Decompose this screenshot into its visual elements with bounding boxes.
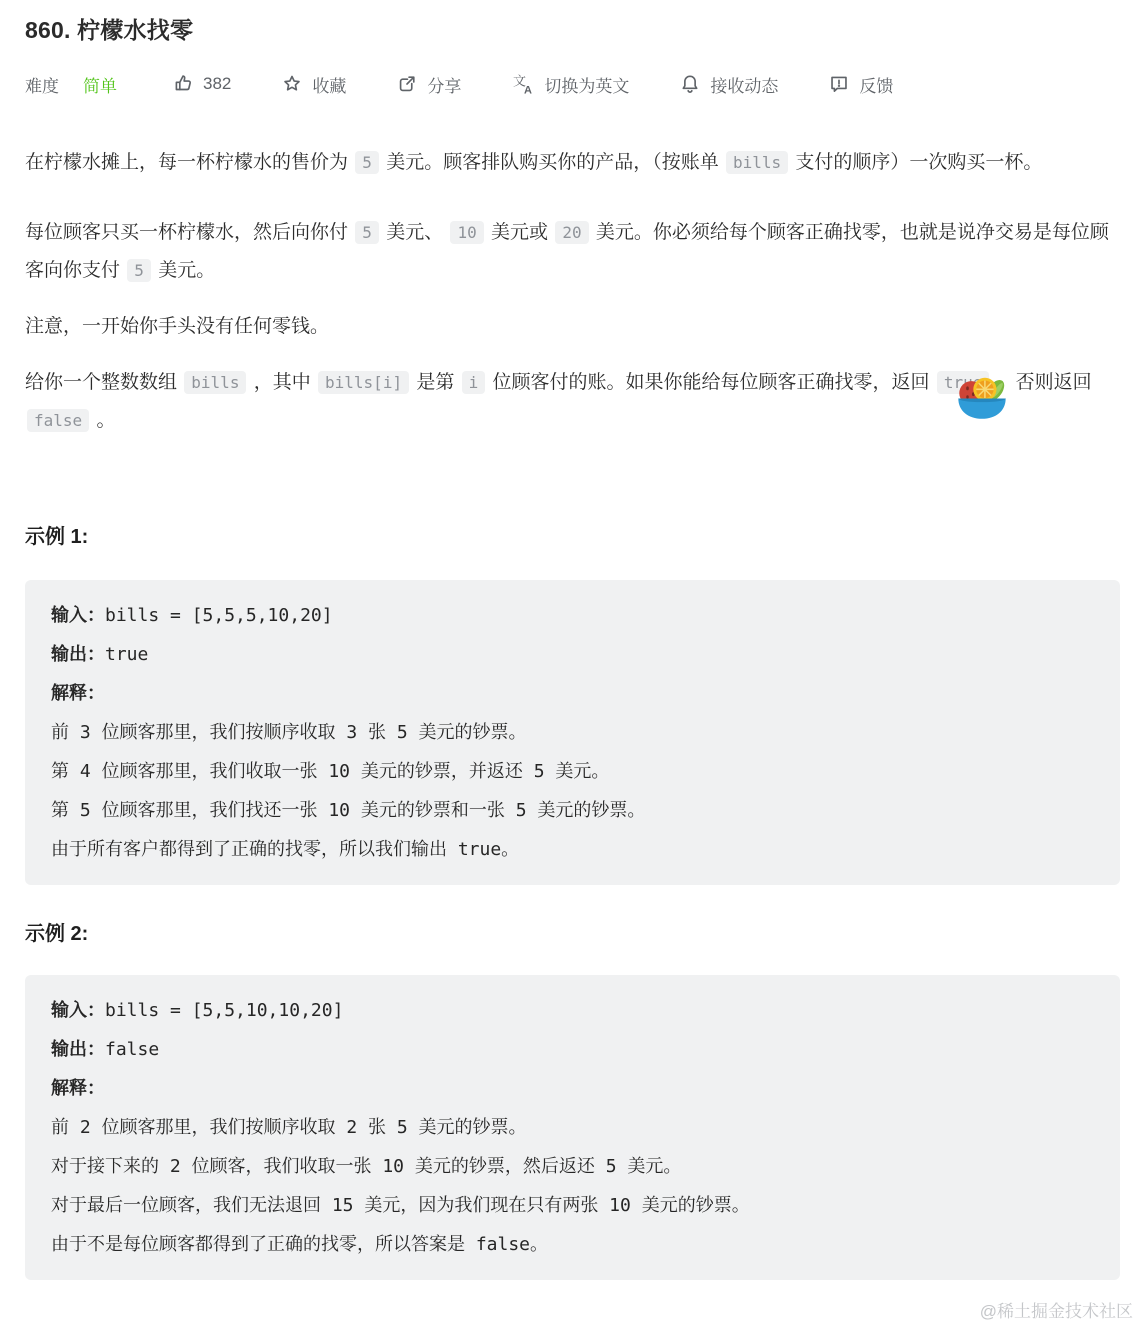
like-button[interactable]: 382	[172, 73, 231, 95]
description-paragraph: 每位顾客只买一杯柠檬水，然后向你付 5 美元、 10 美元或 20 美元。你必须…	[25, 214, 1120, 290]
inline-code: 20	[555, 221, 588, 244]
inline-code: 5	[355, 151, 379, 174]
difficulty-label: 难度	[25, 72, 59, 97]
example-line: 输出：true	[51, 635, 1094, 674]
inline-code: 5	[127, 259, 151, 282]
thumbs-up-icon	[172, 73, 194, 95]
inline-code: bills	[726, 151, 788, 174]
share-icon	[396, 73, 418, 95]
difficulty-badge: 简单	[83, 72, 117, 97]
subscribe-button[interactable]: 接收动态	[679, 72, 778, 97]
share-button[interactable]: 分享	[396, 72, 461, 97]
like-count: 382	[203, 74, 231, 94]
description-paragraph: 给你一个整数数组 bills ，其中 bills[i] 是第 i 位顾客付的账。…	[25, 364, 1120, 440]
example-line: 前 3 位顾客那里，我们按顺序收取 3 张 5 美元的钞票。	[51, 713, 1094, 752]
example-line: 解释：	[51, 674, 1094, 713]
example-line: 输出：false	[51, 1030, 1094, 1069]
site-watermark: @稀土掘金技术社区	[980, 1297, 1133, 1322]
example-line: 由于不是每位顾客都得到了正确的找零，所以答案是 false。	[51, 1225, 1094, 1264]
bell-icon	[679, 73, 701, 95]
problem-description: 在柠檬水摊上，每一杯柠檬水的售价为 5 美元。顾客排队购买你的产品，（按账单 b…	[25, 144, 1120, 440]
description-note-paragraph: 注意，一开始你手头没有任何零钱。	[25, 308, 1120, 346]
example-2-code-block: 输入：bills = [5,5,10,10,20]输出：false解释：前 2 …	[25, 975, 1120, 1280]
star-icon	[281, 73, 303, 95]
example-2-heading: 示例 2:	[25, 919, 1120, 949]
example-1-heading: 示例 1:	[25, 522, 1120, 552]
feedback-bubble-icon	[828, 73, 850, 95]
description-paragraph: 在柠檬水摊上，每一杯柠檬水的售价为 5 美元。顾客排队购买你的产品，（按账单 b…	[25, 144, 1120, 182]
svg-text:A: A	[524, 85, 532, 97]
example-line: 对于最后一位顾客，我们无法退回 15 美元，因为我们现在只有两张 10 美元的钞…	[51, 1186, 1094, 1225]
translate-label: 切换为英文	[544, 72, 629, 97]
example-1-code-block: 输入：bills = [5,5,5,10,20]输出：true解释：前 3 位顾…	[25, 580, 1120, 885]
inline-code: 5	[355, 221, 379, 244]
problem-page: 860. 柠檬水找零 难度 简单 382 收藏	[0, 0, 1145, 1280]
toolbar: 难度 简单 382 收藏	[25, 68, 1120, 100]
translate-button[interactable]: 文 A 切换为英文	[511, 72, 629, 97]
favorite-label: 收藏	[312, 72, 346, 97]
inline-code: false	[27, 409, 89, 432]
example-line: 由于所有客户都得到了正确的找零，所以我们输出 true。	[51, 830, 1094, 869]
share-label: 分享	[427, 72, 461, 97]
subscribe-label: 接收动态	[710, 72, 778, 97]
translate-icon: 文 A	[511, 72, 535, 96]
example-line: 前 2 位顾客那里，我们按顺序收取 2 张 5 美元的钞票。	[51, 1108, 1094, 1147]
favorite-button[interactable]: 收藏	[281, 72, 346, 97]
feedback-label: 反馈	[859, 72, 893, 97]
page-title: 860. 柠檬水找零	[25, 14, 1120, 46]
feedback-button[interactable]: 反馈	[828, 72, 893, 97]
example-line: 第 4 位顾客那里，我们收取一张 10 美元的钞票，并返还 5 美元。	[51, 752, 1094, 791]
inline-code: 10	[450, 221, 483, 244]
example-line: 解释：	[51, 1069, 1094, 1108]
inline-code: true	[937, 371, 990, 394]
inline-code: bills	[184, 371, 246, 394]
example-line: 对于接下来的 2 位顾客，我们收取一张 10 美元的钞票，然后返还 5 美元。	[51, 1147, 1094, 1186]
inline-code: i	[462, 371, 486, 394]
example-line: 第 5 位顾客那里，我们找还一张 10 美元的钞票和一张 5 美元的钞票。	[51, 791, 1094, 830]
example-line: 输入：bills = [5,5,5,10,20]	[51, 596, 1094, 635]
example-line: 输入：bills = [5,5,10,10,20]	[51, 991, 1094, 1030]
inline-code: bills[i]	[318, 371, 409, 394]
